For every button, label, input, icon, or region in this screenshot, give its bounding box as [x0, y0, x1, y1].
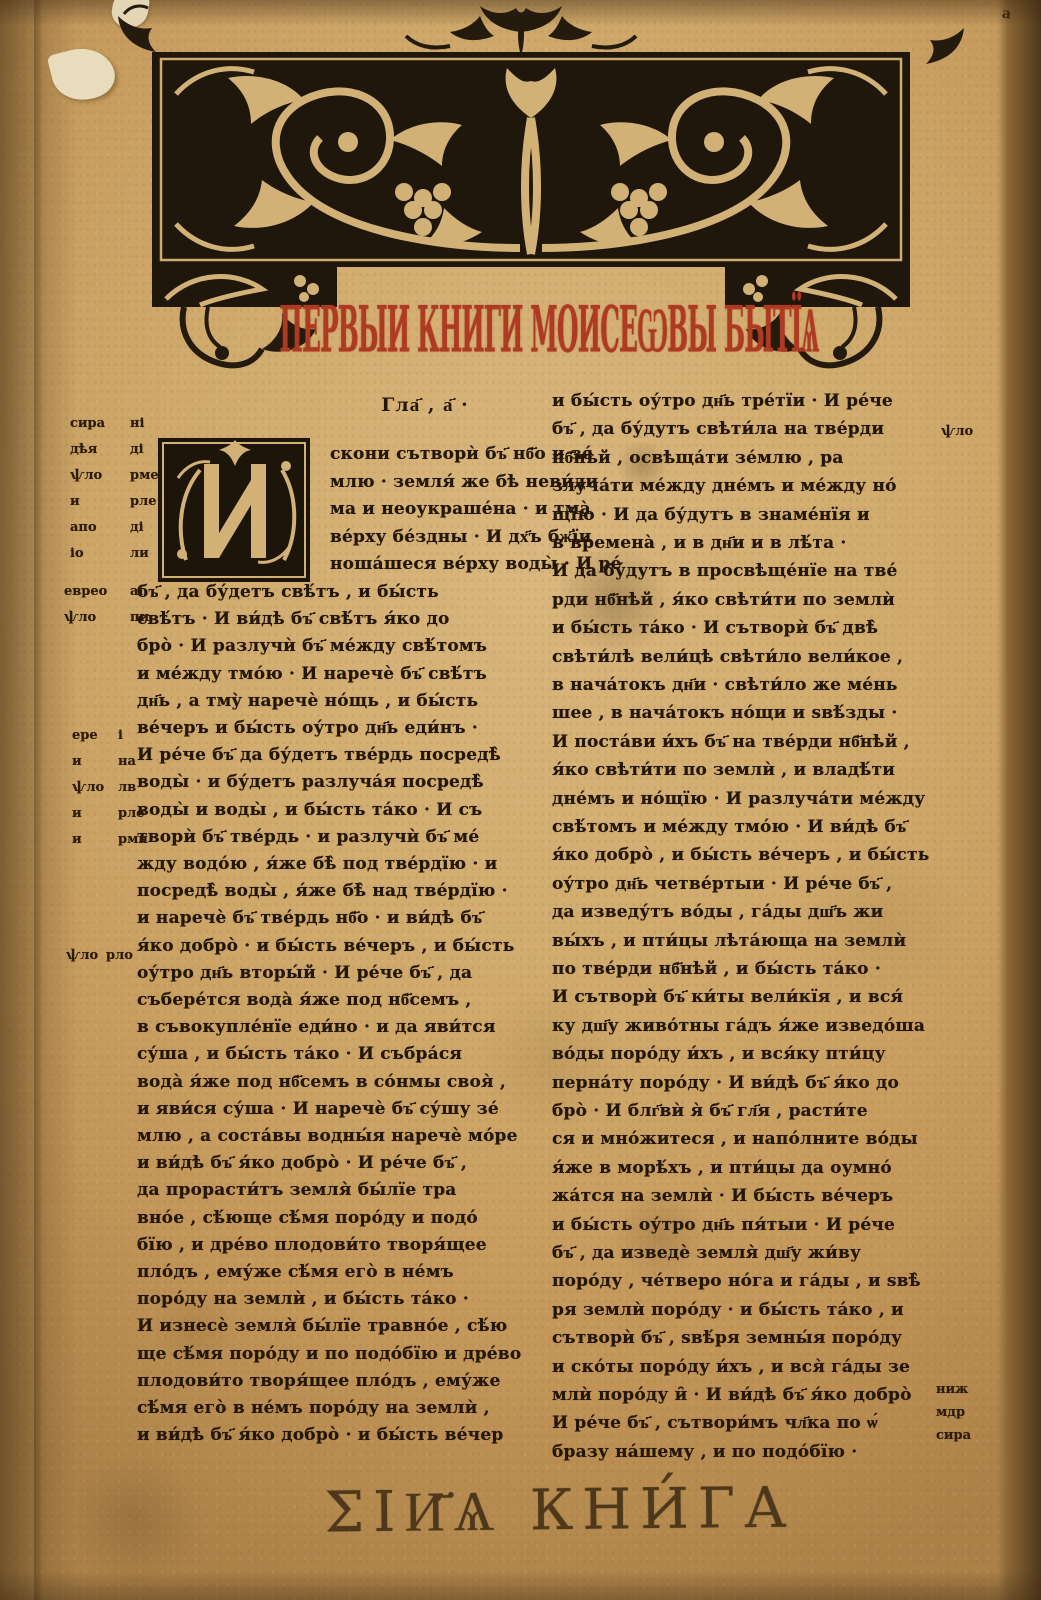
text-line: поро́ду , че́тверо но́га и га́ды , и ѕвѣ…: [552, 1271, 921, 1291]
margin-note: апо: [70, 520, 97, 535]
text-line: во́ды поро́ду и́хъ , и вся́ку пти́цу: [552, 1044, 886, 1064]
text-line: И ре́че бъ҃ да бу́детъ тве́рдь посредѣ̀: [137, 745, 501, 765]
text-line: ку дш҃у живо́тны га́дъ я́же изведо́ша: [552, 1016, 925, 1036]
text-line: свѣ́томъ и ме́жду тмо́ю · И ви́дѣ бъ҃: [552, 817, 906, 837]
text-line: су́ша , и бы́сть та́ко · И събра́ся: [137, 1044, 462, 1064]
margin-note: ді: [130, 442, 144, 457]
text-line: сѣ́мя егò в не́мъ поро́ду на землѝ ,: [137, 1398, 490, 1418]
text-line: воды̀ и воды̀ , и бы́сть та́ко · И съ: [137, 800, 482, 820]
text-line: да изведу́тъ во́ды , га́ды дш҃ъ жи: [552, 902, 883, 922]
binding-shadow: [34, 0, 44, 1600]
margin-note: сира: [936, 1428, 971, 1443]
page-edge: [997, 0, 1041, 1600]
margin-note: ли: [130, 546, 149, 561]
text-line: творѝ бъ҃ тве́рдь · и разлучѝ бъ҃ ме́: [137, 827, 479, 847]
text-line: и наречè бъ҃ тве́рдь нб҃о · и ви́дѣ бъ҃: [137, 908, 482, 928]
text-line: я́ко добрò · и бы́сть ве́черъ , и бы́сть: [137, 936, 514, 956]
text-line: и яви́ся су́ша · И наречè бъ҃ су́шу зе́: [137, 1099, 499, 1119]
text-line: млѝ поро́ду и̑ · И ви́дѣ бъ҃ я́ко добрò: [552, 1385, 912, 1405]
text-line: да прорасти́тъ земля̀ бы́лїе тра: [137, 1180, 457, 1200]
corner-curl-ornament: [920, 16, 978, 66]
text-line: воды̀ · и бу́детъ разлуча́я посредѣ̀: [137, 772, 484, 792]
margin-note: ѱло: [66, 948, 98, 963]
text-line: в нача́токъ дн҃и · свѣти́ло же ме́нь: [552, 675, 898, 695]
text-line: бъ҃ , да изведè земля̀ дш҃у жи́ву: [552, 1243, 861, 1263]
margin-note: ні: [130, 416, 144, 431]
text-line: вы́хъ , и пти́цы лѣта́юща на землѝ: [552, 931, 906, 951]
text-line: И изнесè земля̀ бы́лїе травно́е , сѣ́ю: [137, 1316, 507, 1336]
text-line: бъ҃ , да бу́детъ свѣ́тъ , и бы́сть: [137, 582, 439, 602]
book-title-text: ПЕРВЫИ КНИГИ МОИСЕѠВЫ БЫТЇѦ: [280, 295, 819, 368]
text-line: и ме́жду тмо́ю · И наречè бъ҃ свѣ́тъ: [137, 664, 487, 684]
text-line: бїю , и дре́во плодови́то творя́щее: [137, 1235, 487, 1255]
text-line: я́ко добрò , и бы́сть ве́черъ , и бы́сть: [552, 845, 929, 865]
headpiece-woodcut: [152, 52, 910, 267]
margin-note: и: [72, 806, 82, 821]
text-line: ся и мно́житеся , и напо́лните во́ды: [552, 1129, 918, 1149]
stain: [60, 1460, 210, 1580]
margin-note: ѱло: [72, 780, 104, 795]
text-line: злуча́ти ме́жду дне́мъ и ме́жду но́: [552, 476, 897, 496]
margin-note: пи: [130, 610, 149, 625]
text-line: И да бу́дутъ в просвѣще́нїе на тве́: [552, 561, 897, 581]
text-line: пло́дъ , ему́же сѣ́мя егò в не́мъ: [137, 1262, 454, 1282]
text-line: събере́тся вода̀ я́же под нб҃семъ ,: [137, 990, 471, 1010]
text-line: я́же в морѣ́хъ , и пти́цы да оумно́: [552, 1158, 892, 1178]
text-line: по тве́рди нб҃нѣй , и бы́сть та́ко ·: [552, 959, 881, 979]
margin-note: лв: [118, 780, 136, 795]
text-line: перна́ту поро́ду · И ви́дѣ бъ҃ я́ко до: [552, 1073, 899, 1093]
text-line: свѣти́лѣ вели́цѣ свѣти́ло вели́кое ,: [552, 647, 903, 667]
text-line: дне́мъ и но́щїю · И разлуча́ти ме́жду: [552, 789, 925, 809]
margin-note: на: [118, 754, 136, 769]
margin-note: и: [72, 754, 82, 769]
text-line: И ре́че бъ҃ , сътвори́мъ чл҃ка по ѡ́: [552, 1413, 878, 1433]
text-line: поро́ду на землѝ , и бы́сть та́ко ·: [137, 1289, 469, 1309]
text-line: ще сѣ́мя поро́ду и по подо́бїю и дре́во: [137, 1344, 521, 1364]
margin-note: ниж: [936, 1382, 968, 1397]
page-edge-bottom: [0, 1570, 1041, 1600]
margin-note: дѣя: [70, 442, 97, 457]
margin-note: іо: [70, 546, 84, 561]
text-line: вно́е , сѣ́юще сѣ́мя поро́ду и подо́: [137, 1208, 478, 1228]
text-line: оу́тро дн҃ь вторы́й · И ре́че бъ҃ , да: [137, 963, 472, 983]
text-line: в времена̀ , и в дн҃и и в лѣ́та ·: [552, 533, 847, 553]
headpiece-crest-ornament: [398, 2, 644, 56]
margin-note: ді: [130, 520, 144, 535]
margin-note-right: ѱло: [941, 424, 973, 439]
margin-note: и: [72, 832, 82, 847]
text-line: брò · И разлучѝ бъ҃ ме́жду свѣ́томъ: [137, 636, 487, 656]
text-line: в съвокупле́нїе еди́но · и да яви́тся: [137, 1017, 496, 1037]
margin-note: рмн: [118, 832, 148, 847]
text-line: жду водо́ю , я́же бѣ̀ под тве́рдїю · и: [137, 854, 497, 874]
text-line: посредѣ̀ воды̀ , я́же бѣ̀ над тве́рдїю ·: [137, 881, 508, 901]
text-line: и бы́сть та́ко · И сътворѝ бъ҃ двѣ̀: [552, 618, 878, 638]
margin-note: рме: [130, 468, 159, 483]
text-line: И сътворѝ бъ҃ ки́ты вели́кїя , и вся́: [552, 987, 903, 1007]
ostrog-bible-genesis-page: а: [0, 0, 1041, 1600]
text-line: сътворѝ бъ҃ , ѕвѣ́ря земны́я поро́ду: [552, 1328, 902, 1348]
text-line: И поста́ви и́хъ бъ҃ на тве́рди нб҃нѣй ,: [552, 732, 910, 752]
chapter-heading: Гла҃ , а҃ ·: [300, 394, 550, 417]
corner-curl-ornament: [104, 4, 162, 54]
text-line: рди нб҃нѣй , я́ко свѣти́ти по землѝ: [552, 590, 895, 610]
margin-note: ѱло: [64, 610, 96, 625]
text-line: вода̀ я́же под нб҃семъ в со́нмы своя̀ ,: [137, 1072, 506, 1092]
text-line: млю , а соста́вы водны́я наречè мо́ре: [137, 1126, 518, 1146]
text-line: и бы́сть оу́тро дн҃ь тре́тїи · И ре́че: [552, 391, 893, 411]
text-line: и ви́дѣ бъ҃ я́ко добрò · и бы́сть ве́чер: [137, 1425, 503, 1445]
margin-note: ере: [72, 728, 98, 743]
margin-note: мдр: [936, 1405, 965, 1420]
text-line: ве́черъ и бы́сть оу́тро дн҃ь еди́нъ ·: [137, 718, 478, 738]
margin-note: еврео: [64, 584, 107, 599]
text-line: шее , в нача́токъ но́щи и ѕвѣ́зды ·: [552, 703, 897, 723]
text-line: я́ко свѣти́ти по землѝ , и владѣ́ти: [552, 760, 895, 780]
text-line: и ви́дѣ бъ҃ я́ко добрò · И ре́че бъ҃ ,: [137, 1153, 467, 1173]
margin-note: рло: [106, 948, 133, 963]
text-line: и бы́сть оу́тро дн҃ь пя́тыи · И ре́че: [552, 1215, 895, 1235]
margin-note: і: [118, 728, 123, 743]
margin-note: ѱло: [70, 468, 102, 483]
text-line: жа́тся на землѝ · И бы́сть ве́черъ: [552, 1186, 893, 1206]
margin-note: рле: [130, 494, 157, 509]
book-title-vyaz: ПЕРВЫИ КНИГИ МОИСЕѠВЫ БЫТЇѦ: [318, 283, 780, 379]
text-line: ря землѝ поро́ду · и бы́сть та́ко , и: [552, 1300, 904, 1320]
handwritten-inscription: ΣІИ҃Ѧ КНИ́ГА: [300, 1475, 821, 1545]
drop-cap-woodcut-initial: [158, 438, 310, 582]
text-line: свѣ́тъ · И ви́дѣ бъ҃ свѣ́тъ я́ко до: [137, 609, 450, 629]
text-line: и ско́ты поро́ду и́хъ , и вся̀ га́ды зе: [552, 1357, 910, 1377]
text-line: оу́тро дн҃ь четве́ртыи · И ре́че бъ҃ ,: [552, 874, 892, 894]
margin-note: и: [70, 494, 80, 509]
text-line: брò · И блг҃вѝ я̀ бъ҃ гл҃я , расти́те: [552, 1101, 868, 1121]
margin-note: сира: [70, 416, 105, 431]
text-line: щїю · И да бу́дутъ в знаме́нїя и: [552, 505, 870, 525]
text-line: бъ҃ , да бу́дутъ свѣти́ла на тве́рди: [552, 419, 884, 439]
text-line: плодови́то творя́щее пло́дъ , ему́же: [137, 1371, 500, 1391]
margin-note: аі: [130, 584, 143, 599]
text-line: бразу на́шему , и по подо́бїю ·: [552, 1442, 857, 1462]
text-line: нб҃нѣй , освѣща́ти зе́млю , ра: [552, 448, 844, 468]
text-line: дн҃ь , а тмỳ наречè но́щь , и бы́сть: [137, 691, 478, 711]
margin-note: рле: [118, 806, 145, 821]
